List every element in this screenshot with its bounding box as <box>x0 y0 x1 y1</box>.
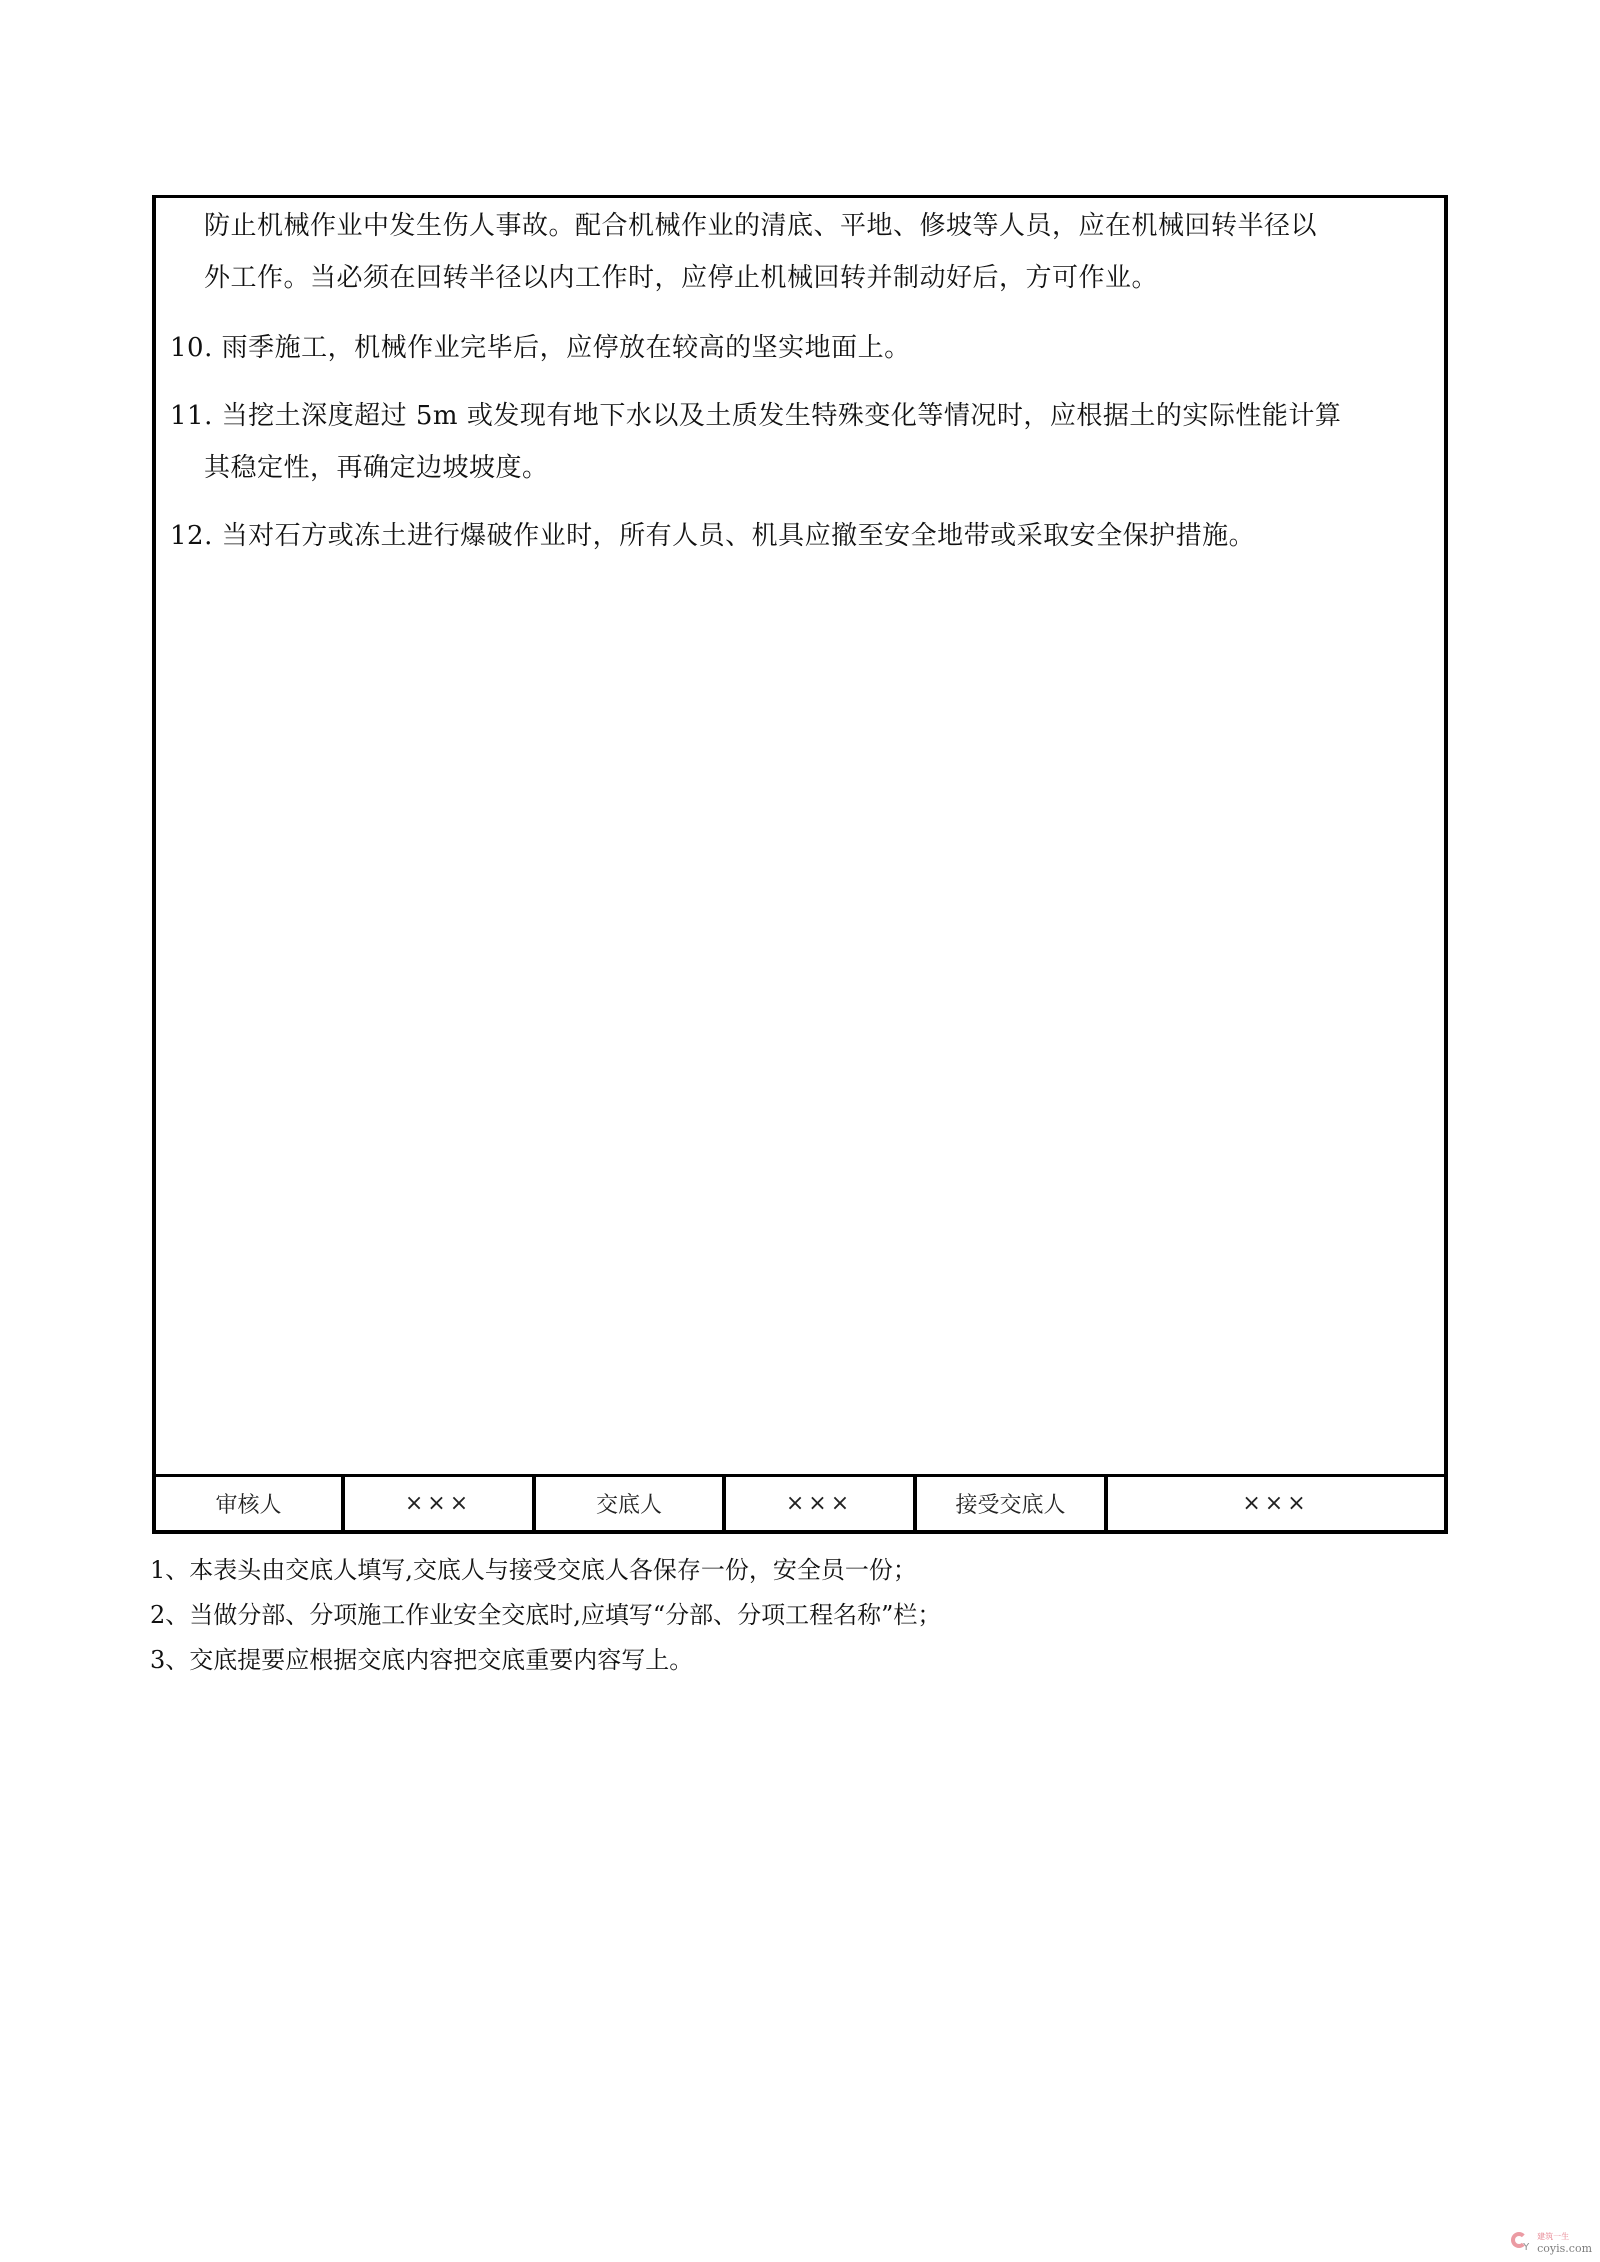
note-1: 1、本表头由交底人填写,交底人与接受交底人各保存一份，安全员一份； <box>150 1548 941 1593</box>
text-line: 10. 雨季施工，机械作业完毕后，应停放在较高的坚实地面上。 <box>170 322 1432 374</box>
watermark-cn: 建筑一生 <box>1537 2233 1592 2241</box>
text-line: 11. 当挖土深度超过 5m 或发现有地下水以及土质发生特殊变化等情况时，应根据… <box>170 390 1432 442</box>
briefer-label: 交底人 <box>536 1477 726 1530</box>
form-notes: 1、本表头由交底人填写,交底人与接受交底人各保存一份，安全员一份； 2、当做分部… <box>150 1548 941 1683</box>
signature-row: 审核人 ××× 交底人 ××× 接受交底人 ××× <box>156 1474 1444 1530</box>
briefing-content: 防止机械作业中发生伤人事故。配合机械作业的清底、平地、修坡等人员，应在机械回转半… <box>156 198 1444 1474</box>
recipient-value: ××× <box>1108 1477 1444 1530</box>
note-3: 3、交底提要应根据交底内容把交底重要内容写上。 <box>150 1638 941 1683</box>
cy-logo-icon: Y <box>1511 2232 1533 2254</box>
watermark-text: 建筑一生 coyis.com <box>1537 2233 1592 2254</box>
text-line: 其稳定性，再确定边坡坡度。 <box>170 442 1432 494</box>
text-line: 外工作。当必须在回转半径以内工作时，应停止机械回转并制动好后，方可作业。 <box>170 252 1432 304</box>
watermark-en: coyis.com <box>1537 2243 1592 2254</box>
reviewer-value: ××× <box>345 1477 536 1530</box>
paragraph-9-continued: 防止机械作业中发生伤人事故。配合机械作业的清底、平地、修坡等人员，应在机械回转半… <box>170 200 1432 304</box>
note-2: 2、当做分部、分项施工作业安全交底时,应填写“分部、分项工程名称”栏； <box>150 1593 941 1638</box>
reviewer-label: 审核人 <box>156 1477 345 1530</box>
text-line: 12. 当对石方或冻土进行爆破作业时，所有人员、机具应撤至安全地带或采取安全保护… <box>170 510 1432 562</box>
paragraph-10: 10. 雨季施工，机械作业完毕后，应停放在较高的坚实地面上。 <box>170 322 1432 374</box>
safety-briefing-form: 防止机械作业中发生伤人事故。配合机械作业的清底、平地、修坡等人员，应在机械回转半… <box>152 195 1448 1534</box>
watermark: Y 建筑一生 coyis.com <box>1511 2232 1592 2254</box>
recipient-label: 接受交底人 <box>917 1477 1108 1530</box>
paragraph-11: 11. 当挖土深度超过 5m 或发现有地下水以及土质发生特殊变化等情况时，应根据… <box>170 390 1432 494</box>
text-line: 防止机械作业中发生伤人事故。配合机械作业的清底、平地、修坡等人员，应在机械回转半… <box>170 200 1432 252</box>
paragraph-12: 12. 当对石方或冻土进行爆破作业时，所有人员、机具应撤至安全地带或采取安全保护… <box>170 510 1432 562</box>
briefer-value: ××× <box>726 1477 917 1530</box>
